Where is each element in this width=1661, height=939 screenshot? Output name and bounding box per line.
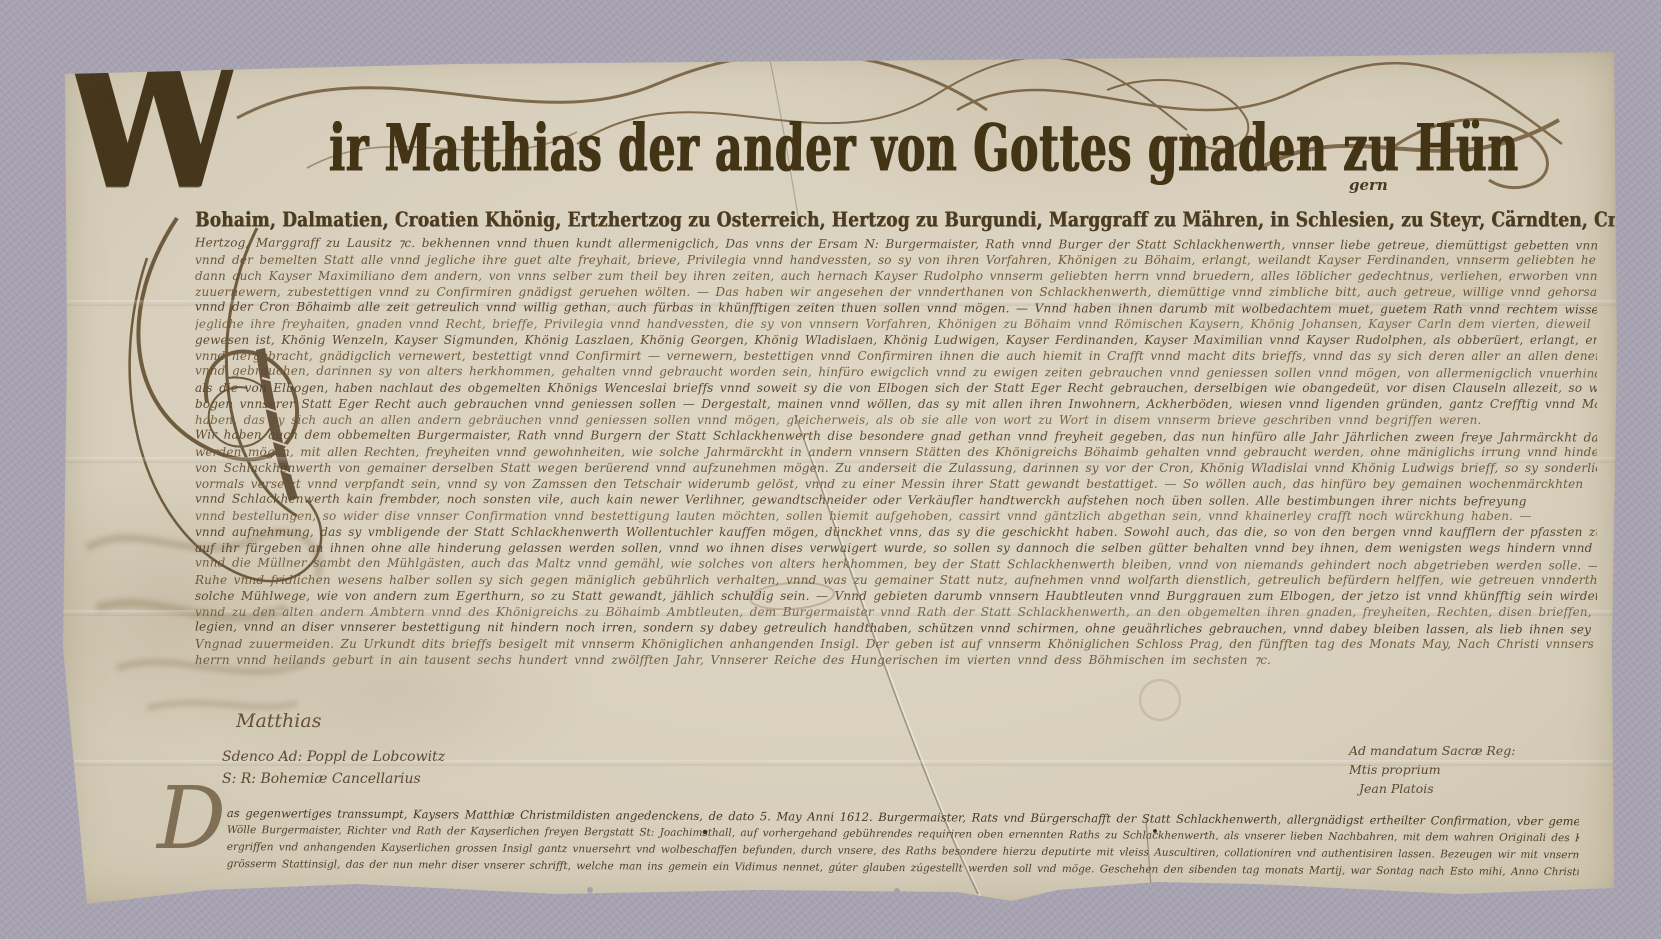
manuscript-line: vnnd aufnehmung, das sy vmbligende der S… <box>195 524 1597 540</box>
manuscript-line: als die von Elbogen, haben nachlaut des … <box>195 380 1597 396</box>
manuscript-line: vnnd bestellungen, so wider dise vnnser … <box>195 508 1597 524</box>
manuscript-line: vnnd zu den alten andern Ambtern vnnd de… <box>195 604 1597 620</box>
signature-block-left: MatthiasSdenco Ad: Poppl de LobcowitzS: … <box>222 710 445 790</box>
manuscript-line: haben, das sy sich auch an allen andern … <box>195 412 1597 428</box>
manuscript-line: zuuernewern, zubestettigen vnnd zu Confi… <box>195 284 1597 300</box>
manuscript-line: gewesen ist, Khönig Wenzeln, Kayser Sigm… <box>195 332 1597 348</box>
signature-block-right: Ad mandatum Sacræ Reg:Mtis propriumJean … <box>1349 741 1515 798</box>
signature-line: Jean Platois <box>1359 779 1515 798</box>
manuscript-line: vormals versetzt vnnd verpfandt sein, vn… <box>195 476 1597 492</box>
royal-titles-line: Bohaim, Dalmatien, Croatien Khönig, Ertz… <box>195 208 1615 232</box>
manuscript-line: legien, vnnd an diser vnnserer bestettig… <box>195 619 1597 638</box>
manuscript-line: dann auch Kayser Maximiliano dem andern,… <box>195 268 1597 284</box>
manuscript-line: Ruhe vnnd fridlichen wesens halber solle… <box>195 572 1597 588</box>
charter-heading-suffix: gern <box>1349 176 1388 194</box>
transumpt-initial-d: D <box>157 776 226 862</box>
signature-line: Matthias <box>236 710 445 732</box>
manuscript-line: vnnd der Cron Böhaimb alle zeit getreuli… <box>195 299 1597 318</box>
manuscript-line: vnnd Schlackhenwerth kain frembder, noch… <box>195 491 1597 510</box>
signature-line: Ad mandatum Sacræ Reg: <box>1349 741 1515 760</box>
manuscript-line: vnnd der bemelten Statt alle vnnd jeglic… <box>195 252 1597 268</box>
transumpt-attestation-text: as gegenwertiges transsumpt, Kaysers Mat… <box>227 805 1579 881</box>
signature-line: Sdenco Ad: Poppl de Lobcowitz <box>222 746 445 768</box>
manuscript-line: bogen vnnserer Statt Eger Recht auch geb… <box>195 396 1597 412</box>
manuscript-line: jegliche ihre freyhaiten, gnaden vnnd Re… <box>195 316 1597 332</box>
manuscript-line: auf ihr fürgeben an ihnen ohne alle hind… <box>195 540 1597 556</box>
manuscript-line: vnnd hergebracht, gnädigclich vernewert,… <box>195 348 1597 364</box>
manuscript-line: solche Mühlwege, wie von andern zum Eger… <box>195 588 1597 604</box>
photograph-background: W ir Matthias der ander von Gottes gnade… <box>0 0 1661 939</box>
manuscript-line: herrn vnnd heilands geburt in ain tausen… <box>195 652 1597 668</box>
manuscript-line: vnnd gebrauchen, darinnen sy von alters … <box>195 363 1597 382</box>
illuminated-initial-w: W <box>63 34 243 213</box>
manuscript-line: von Schlackhenwerth von gemainer derselb… <box>195 460 1597 476</box>
charter-heading: ir Matthias der ander von Gottes gnaden … <box>328 110 1519 186</box>
manuscript-line: vnnd die Müllner sambt den Mühlgästen, a… <box>195 555 1597 574</box>
manuscript-line: Hertzog, Marggraff zu Lausitz ⁊c. bekhen… <box>195 235 1597 254</box>
signature-line: S: R: Bohemiæ Cancellarius <box>222 768 445 790</box>
manuscript-line: Vngnad zuuermeiden. Zu Urkundt dits brie… <box>195 636 1597 652</box>
parchment-sheet: W ir Matthias der ander von Gottes gnade… <box>57 48 1618 908</box>
charter-body-text: Hertzog, Marggraff zu Lausitz ⁊c. bekhen… <box>195 236 1597 668</box>
manuscript-line: werden mögen, mit allen Rechten, freyhei… <box>195 444 1597 460</box>
signature-line: Mtis proprium <box>1349 760 1515 779</box>
manuscript-line: Wir haben auch dem obbemelten Burgermais… <box>195 427 1597 446</box>
